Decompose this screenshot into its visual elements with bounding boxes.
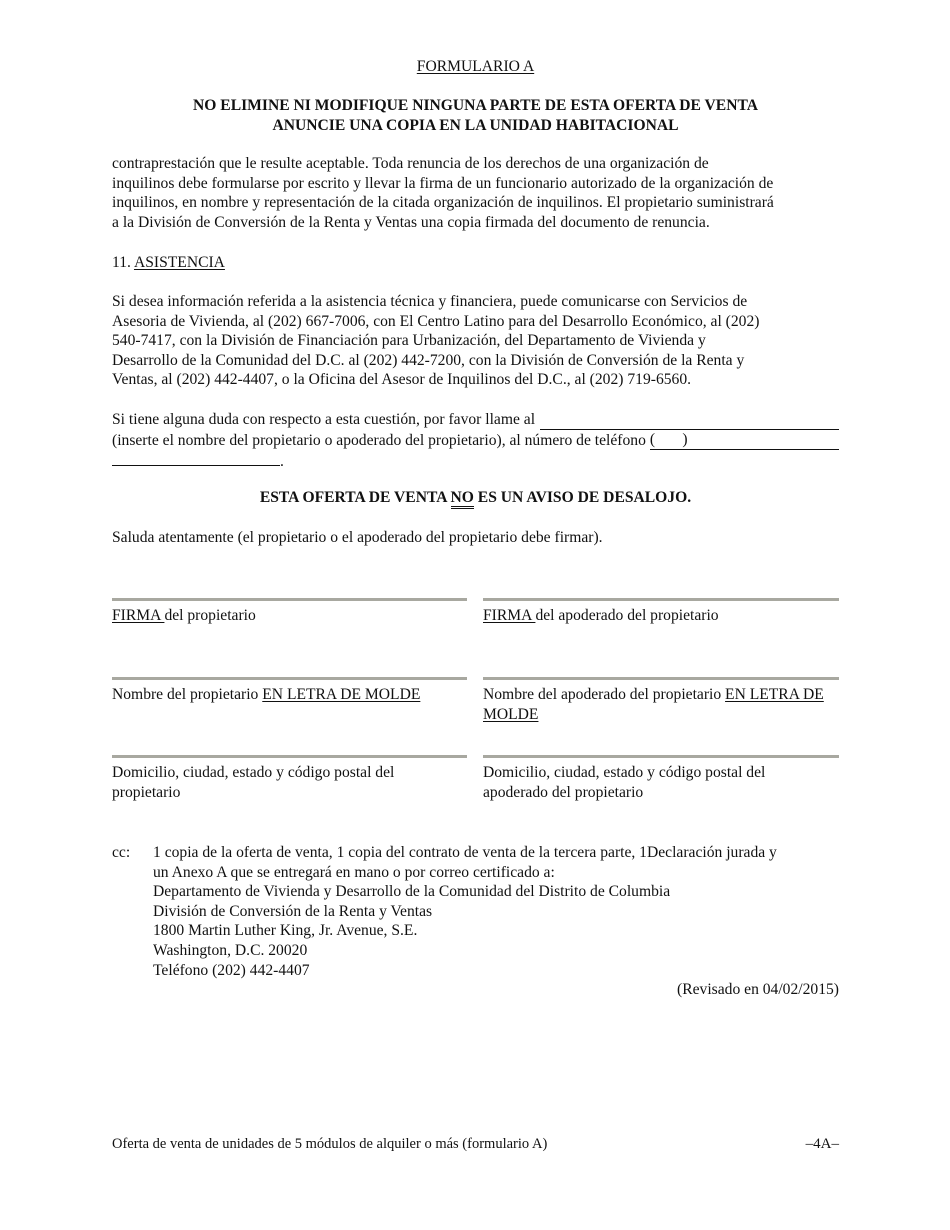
agent-name-line[interactable] <box>483 677 839 680</box>
section-number: 11. <box>112 254 131 271</box>
cc-line: División de Conversión de la Renta y Ven… <box>153 902 843 922</box>
cc-line: 1800 Martin Luther King, Jr. Avenue, S.E… <box>153 921 843 941</box>
cc-line: un Anexo A que se entregará en mano o po… <box>153 863 843 883</box>
revision-date: (Revisado en 04/02/2015) <box>677 980 839 1000</box>
closing-line: Saluda atentamente (el propietario o el … <box>112 528 839 548</box>
continuation-paragraph: contraprestación que le resulte aceptabl… <box>112 154 839 232</box>
text-line: inquilinos, en nombre y representación d… <box>112 193 839 213</box>
text-line: Ventas, al (202) 442-4407, o la Oficina … <box>112 370 839 390</box>
label-text: del propietario <box>164 607 255 624</box>
owner-signature-line[interactable] <box>112 598 467 601</box>
assistance-paragraph: Si desea información referida a la asist… <box>112 292 839 390</box>
section-11-heading: 11. ASISTENCIA <box>112 253 225 273</box>
text-line: contraprestación que le resulte aceptabl… <box>112 154 839 174</box>
owner-name-line[interactable] <box>112 677 467 680</box>
owner-address-label: Domicilio, ciudad, estado y código posta… <box>112 763 432 802</box>
cc-label: cc: <box>112 843 130 863</box>
owner-address-line[interactable] <box>112 755 467 758</box>
agent-signature-label: FIRMA del apoderado del propietario <box>483 606 838 626</box>
page-number: –4A– <box>806 1135 839 1155</box>
phone-blank[interactable]: ( ) <box>650 430 839 451</box>
agent-address-label: Domicilio, ciudad, estado y código posta… <box>483 763 803 802</box>
cc-line: Teléfono (202) 442-4407 <box>153 961 843 981</box>
section-title: ASISTENCIA <box>134 254 225 271</box>
cc-body: 1 copia de la oferta de venta, 1 copia d… <box>153 843 843 980</box>
label-text: Nombre del propietario <box>112 686 262 703</box>
phone-continuation-blank[interactable] <box>112 450 280 466</box>
owner-name-blank[interactable] <box>540 414 839 430</box>
text-line: 540-7417, con la División de Financiació… <box>112 331 839 351</box>
footer-title: Oferta de venta de unidades de 5 módulos… <box>112 1135 547 1155</box>
label-text: Nombre del apoderado del propietario <box>483 686 725 703</box>
text-line: Asesoria de Vivienda, al (202) 667-7006,… <box>112 312 839 332</box>
warning-line-2: ANUNCIE UNA COPIA EN LA UNIDAD HABITACIO… <box>112 116 839 136</box>
form-title: FORMULARIO A <box>112 57 839 77</box>
text-line: inquilinos debe formularse por escrito y… <box>112 174 839 194</box>
contact-text: (inserte el nombre del propietario o apo… <box>112 431 646 451</box>
text-line: Desarrollo de la Comunidad del D.C. al (… <box>112 351 839 371</box>
owner-signature-label: FIRMA del propietario <box>112 606 467 626</box>
cc-line: Departamento de Vivienda y Desarrollo de… <box>153 882 843 902</box>
label-emphasis: FIRMA <box>483 607 535 624</box>
eviction-notice: ESTA OFERTA DE VENTA NO ES UN AVISO DE D… <box>112 488 839 509</box>
contact-question: Si tiene alguna duda con respecto a esta… <box>112 410 839 472</box>
text-line: Si desea información referida a la asist… <box>112 292 839 312</box>
notice-emphasis: NO <box>451 490 474 509</box>
text-line: a la División de Conversión de la Renta … <box>112 213 839 233</box>
contact-text: Si tiene alguna duda con respecto a esta… <box>112 410 535 430</box>
label-emphasis: EN LETRA DE MOLDE <box>262 686 420 703</box>
owner-name-label: Nombre del propietario EN LETRA DE MOLDE <box>112 685 467 705</box>
cc-line: Washington, D.C. 20020 <box>153 941 843 961</box>
agent-name-label: Nombre del apoderado del propietario EN … <box>483 685 838 724</box>
agent-signature-line[interactable] <box>483 598 839 601</box>
agent-address-line[interactable] <box>483 755 839 758</box>
notice-text: ES UN AVISO DE DESALOJO. <box>474 489 691 506</box>
period: . <box>280 453 284 470</box>
label-text: del apoderado del propietario <box>535 607 718 624</box>
cc-line: 1 copia de la oferta de venta, 1 copia d… <box>153 843 843 863</box>
label-emphasis: FIRMA <box>112 607 164 624</box>
warning-line-1: NO ELIMINE NI MODIFIQUE NINGUNA PARTE DE… <box>112 96 839 116</box>
notice-text: ESTA OFERTA DE VENTA <box>260 489 451 506</box>
phone-area-code: ( ) <box>650 431 688 448</box>
